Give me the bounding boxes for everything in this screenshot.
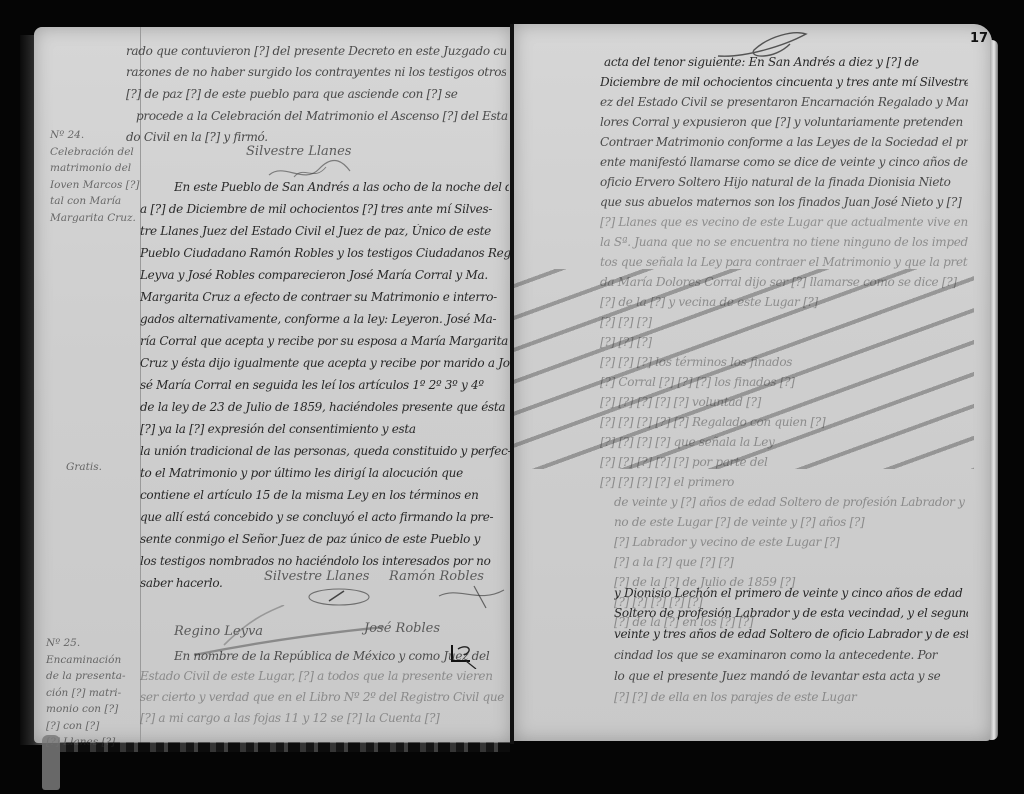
right-line: la Sª. Juana que no se encuentra no tien… xyxy=(600,235,968,249)
left-top-line: do Civil en la [?] y firmó. xyxy=(126,130,326,144)
entry-line: la unión tradicional de las personas, qu… xyxy=(140,444,510,458)
left-top-line: [?] de paz [?] de este pueblo para que a… xyxy=(126,87,506,101)
binding-tab xyxy=(42,735,60,790)
right-line: [?] Llanes que es vecino de este Lugar q… xyxy=(600,215,968,229)
right-line: Contraer Matrimonio conforme a las Leyes… xyxy=(600,135,968,149)
torn-bottom-edge xyxy=(60,742,510,752)
right-page: 17 acta del tenor siguiente: En San Andr… xyxy=(514,24,992,741)
margin-note-entry-24: Nº 24. Celebración del matrimonio del Io… xyxy=(50,127,140,226)
folio-number: 17 xyxy=(970,31,988,46)
right-line: oficio Ervero Soltero Hijo natural de la… xyxy=(600,175,968,189)
open-register-book: rado que contuvieron [?] del presente De… xyxy=(0,0,1024,794)
next-entry-line: Estado Civil de este Lugar, [?] a todos … xyxy=(140,669,510,683)
right-line: Soltero de profesión Labrador y de esta … xyxy=(614,606,968,620)
next-entry-line: ser cierto y verdad que en el Libro Nº 2… xyxy=(140,690,510,704)
right-line: acta del tenor siguiente: En San Andrés … xyxy=(604,55,964,69)
entry-line: saber hacerlo. xyxy=(140,576,240,590)
margin-note-gratis: Gratis. xyxy=(66,459,102,476)
next-entry-line: En nombre de la República de México y co… xyxy=(174,649,509,663)
right-line: lores Corral y expusieron que [?] y volu… xyxy=(600,115,968,129)
right-line: [?] a la [?] que [?] [?] xyxy=(614,555,968,569)
right-line: ente manifestó llamarse como se dice de … xyxy=(600,155,968,169)
entry-line: sé María Corral en seguida les leí los a… xyxy=(140,378,510,392)
entry-line: a [?] de Diciembre de mil ochocientos [?… xyxy=(140,202,510,216)
entry-line: Leyva y José Robles comparecieron José M… xyxy=(140,268,510,282)
page-edge xyxy=(990,40,998,740)
right-line: veinte y tres años de edad Soltero de of… xyxy=(614,627,968,641)
entry-line: [?] ya la [?] expresión del consentimien… xyxy=(140,422,510,436)
right-line: lo que el presente Juez mandó de levanta… xyxy=(614,669,968,683)
right-line: ez del Estado Civil se presentaron Encar… xyxy=(600,95,968,109)
margin-note-entry-25: Nº 25. Encaminación de la presenta- ción… xyxy=(46,635,126,751)
right-line: que sus abuelos maternos son los finados… xyxy=(600,195,968,209)
left-top-line: rado que contuvieron [?] del presente De… xyxy=(126,44,506,58)
right-line: cindad los que se examinaron como la ant… xyxy=(614,648,968,662)
entry-line: En este Pueblo de San Andrés a las ocho … xyxy=(174,180,509,194)
left-top-line: procede a la Celebración del Matrimonio … xyxy=(136,109,508,123)
entry-line: de la ley de 23 de Julio de 1859, hacién… xyxy=(140,400,510,414)
entry-line: gados alternativamente, conforme a la le… xyxy=(140,312,510,326)
entry-line: Pueblo Ciudadano Ramón Robles y los test… xyxy=(140,246,510,260)
entry-line: Margarita Cruz a efecto de contraer su M… xyxy=(140,290,510,304)
right-line: no de este Lugar [?] de veinte y [?] año… xyxy=(614,515,968,529)
entry-line: to el Matrimonio y por último les dirigí… xyxy=(140,466,510,480)
signature-rubric-icon xyxy=(434,582,509,612)
entry-line: contiene el artículo 15 de la misma Ley … xyxy=(140,488,510,502)
entry-line: ría Corral que acepta y recibe por su es… xyxy=(140,334,510,348)
right-line: de veinte y [?] años de edad Soltero de … xyxy=(614,495,968,509)
right-line: Diciembre de mil ochocientos cincuenta y… xyxy=(600,75,968,89)
right-line: tos que señala la Ley para contraer el M… xyxy=(600,255,968,269)
right-line: [?] [?] de ella en los parajes de este L… xyxy=(614,690,968,704)
right-line: [?] [?] [?] [?] el primero xyxy=(600,475,968,489)
left-top-line: razones de no haber surgido los contraye… xyxy=(126,65,506,79)
entry-line: sente conmigo el Señor Juez de paz único… xyxy=(140,532,510,546)
entry-line: tre Llanes Juez del Estado Civil el Juez… xyxy=(140,224,510,238)
right-line: [?] Labrador y vecino de este Lugar [?] xyxy=(614,535,968,549)
entry-line: Cruz y ésta dijo igualmente que acepta y… xyxy=(140,356,510,370)
entry-line: que allí está concebido y se concluyó el… xyxy=(140,510,510,524)
left-page: rado que contuvieron [?] del presente De… xyxy=(34,27,512,743)
entry-line: los testigos nombrados no haciéndolo los… xyxy=(140,554,510,568)
right-line: y Dionisio Lechón el primero de veinte y… xyxy=(614,586,968,600)
next-entry-line: [?] a mi cargo a las fojas 11 y 12 se [?… xyxy=(140,711,510,725)
ink-bleed-through xyxy=(514,269,974,469)
signature-judge: Silvestre Llanes xyxy=(264,569,369,584)
